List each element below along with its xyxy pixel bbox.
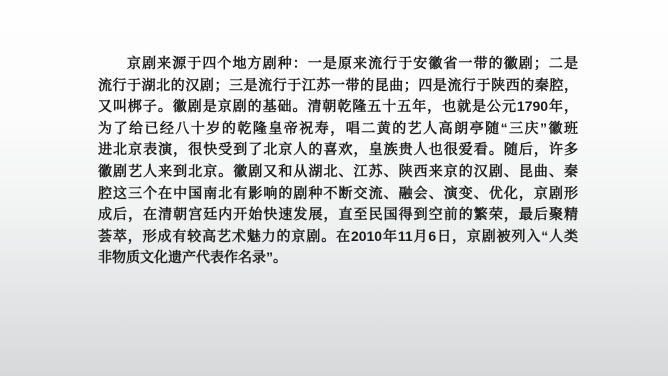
text-line-2: 流行于湖北的汉剧；三是流行于江苏一带的昆曲；四是流行于陕西的秦腔， (98, 75, 578, 97)
slide-background: 京剧来源于四个地方剧种：一是原来流行于安徽省一带的徽剧；二是 流行于湖北的汉剧；… (0, 0, 668, 376)
text-line-4: 为了给已经八十岁的乾隆皇帝祝寿，唱二黄的艺人高朗亭随“三庆”徽班 (98, 118, 578, 140)
text-line-6: 徽剧艺人来到北京。徽剧又和从湖北、江苏、陕西来京的汉剧、昆曲、秦 (98, 161, 578, 183)
text-line-1: 京剧来源于四个地方剧种：一是原来流行于安徽省一带的徽剧；二是 (98, 53, 578, 75)
text-line-3: 又叫梆子。徽剧是京剧的基础。清朝乾隆五十五年，也就是公元1790年， (98, 96, 578, 118)
body-text-block: 京剧来源于四个地方剧种：一是原来流行于安徽省一带的徽剧；二是 流行于湖北的汉剧；… (98, 53, 578, 269)
text-line-5: 进北京表演，很快受到了北京人的喜欢，皇族贵人也很爱看。随后，许多 (98, 139, 578, 161)
text-line-8: 成后，在清朝宫廷内开始快速发展，直至民国得到空前的繁荣，最后聚精 (98, 204, 578, 226)
text-line-10: 非物质文化遗产代表作名录”。 (98, 247, 578, 269)
text-line-7: 腔这三个在中国南北有影响的剧种不断交流、融会、演变、优化，京剧形 (98, 183, 578, 205)
text-line-9: 荟萃，形成有较高艺术魅力的京剧。在2010年11月6日，京剧被列入“人类 (98, 226, 578, 248)
